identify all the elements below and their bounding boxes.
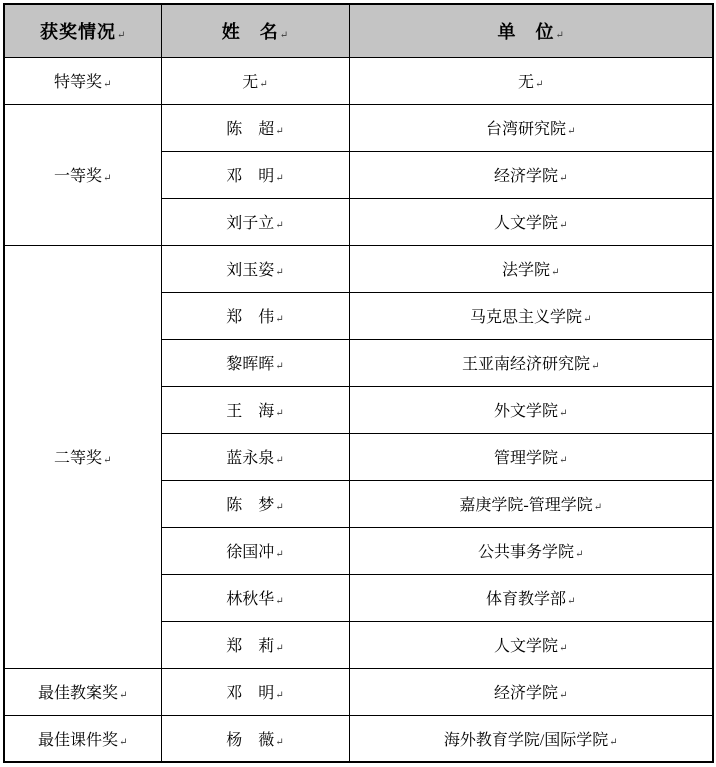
unit-cell: 人文学院↵ [349,621,713,668]
award-group-cell: 最佳教案奖↵ [4,668,161,715]
paragraph-mark-icon: ↵ [280,30,288,41]
award-group-label: 最佳教案奖 [38,685,118,702]
name-cell: 邓 明↵ [161,668,349,715]
paragraph-mark-icon: ↵ [275,596,283,607]
award-group-label: 二等奖 [54,450,102,467]
winner-unit: 经济学院 [494,168,558,185]
paragraph-mark-icon: ↵ [559,220,567,231]
name-cell: 郑 莉↵ [161,621,349,668]
header-cell-name: 姓 名↵ [161,4,349,57]
winner-unit: 经济学院 [494,685,558,702]
header-cell-unit: 单 位↵ [349,4,713,57]
name-cell: 邓 明↵ [161,151,349,198]
winner-unit: 王亚南经济研究院 [462,356,590,373]
name-cell: 杨 薇↵ [161,715,349,762]
winner-name: 邓 明 [226,685,274,702]
header-award-status-label: 获奖情况 [40,22,116,42]
name-cell: 陈 梦↵ [161,480,349,527]
winner-name: 刘玉姿 [226,262,274,279]
paragraph-mark-icon: ↵ [275,126,283,137]
winner-name: 邓 明 [226,168,274,185]
name-cell: 陈 超↵ [161,104,349,151]
paragraph-mark-icon: ↵ [567,126,575,137]
unit-cell: 管理学院↵ [349,433,713,480]
header-cell-award-status: 获奖情况↵ [4,4,161,57]
paragraph-mark-icon: ↵ [275,173,283,184]
unit-cell: 人文学院↵ [349,198,713,245]
unit-cell: 公共事务学院↵ [349,527,713,574]
winner-unit: 海外教育学院/国际学院 [444,732,608,749]
paragraph-mark-icon: ↵ [275,690,283,701]
paragraph-mark-icon: ↵ [559,173,567,184]
winner-name: 杨 薇 [226,732,274,749]
paragraph-mark-icon: ↵ [259,79,267,90]
winner-name: 陈 超 [226,121,274,138]
paragraph-mark-icon: ↵ [275,549,283,560]
unit-cell: 经济学院↵ [349,151,713,198]
winner-unit: 人文学院 [494,638,558,655]
paragraph-mark-icon: ↵ [609,737,617,748]
winner-unit: 无 [518,74,534,91]
header-unit-label: 单 位 [498,22,555,42]
winner-unit: 台湾研究院 [486,121,566,138]
paragraph-mark-icon: ↵ [117,30,125,41]
table-row: 特等奖↵无↵无↵ [4,57,713,104]
unit-cell: 经济学院↵ [349,668,713,715]
award-group-label: 特等奖 [54,74,102,91]
unit-cell: 台湾研究院↵ [349,104,713,151]
paragraph-mark-icon: ↵ [103,455,111,466]
name-cell: 刘玉姿↵ [161,245,349,292]
winner-unit: 体育教学部 [486,591,566,608]
table-header: 获奖情况↵ 姓 名↵ 单 位↵ [4,4,713,57]
table-row: 一等奖↵陈 超↵台湾研究院↵ [4,104,713,151]
winner-unit: 马克思主义学院 [470,309,582,326]
winner-name: 王 海 [226,403,274,420]
table-row: 最佳教案奖↵邓 明↵经济学院↵ [4,668,713,715]
winner-unit: 外文学院 [494,403,558,420]
paragraph-mark-icon: ↵ [275,737,283,748]
name-cell: 黎晖晖↵ [161,339,349,386]
unit-cell: 海外教育学院/国际学院↵ [349,715,713,762]
winner-unit: 嘉庚学院-管理学院 [459,497,592,514]
award-results-table: 获奖情况↵ 姓 名↵ 单 位↵ 特等奖↵无↵无↵一等奖↵陈 超↵台湾研究院↵邓 … [3,3,714,763]
award-group-cell: 最佳课件奖↵ [4,715,161,762]
paragraph-mark-icon: ↵ [551,267,559,278]
award-group-label: 最佳课件奖 [38,732,118,749]
award-group-cell: 二等奖↵ [4,245,161,668]
paragraph-mark-icon: ↵ [119,737,127,748]
table-body: 特等奖↵无↵无↵一等奖↵陈 超↵台湾研究院↵邓 明↵经济学院↵刘子立↵人文学院↵… [4,57,713,762]
header-row: 获奖情况↵ 姓 名↵ 单 位↵ [4,4,713,57]
winner-name: 蓝永泉 [226,450,274,467]
paragraph-mark-icon: ↵ [275,643,283,654]
name-cell: 蓝永泉↵ [161,433,349,480]
winner-name: 郑 莉 [226,638,274,655]
winner-name: 无 [242,74,258,91]
paragraph-mark-icon: ↵ [275,314,283,325]
unit-cell: 王亚南经济研究院↵ [349,339,713,386]
table-row: 二等奖↵刘玉姿↵法学院↵ [4,245,713,292]
paragraph-mark-icon: ↵ [275,220,283,231]
paragraph-mark-icon: ↵ [119,690,127,701]
winner-name: 林秋华 [226,591,274,608]
paragraph-mark-icon: ↵ [275,502,283,513]
winner-unit: 管理学院 [494,450,558,467]
name-cell: 徐国冲↵ [161,527,349,574]
name-cell: 刘子立↵ [161,198,349,245]
paragraph-mark-icon: ↵ [103,79,111,90]
paragraph-mark-icon: ↵ [583,314,591,325]
name-cell: 王 海↵ [161,386,349,433]
paragraph-mark-icon: ↵ [556,30,564,41]
name-cell: 林秋华↵ [161,574,349,621]
name-cell: 郑 伟↵ [161,292,349,339]
winner-unit: 公共事务学院 [478,544,574,561]
unit-cell: 体育教学部↵ [349,574,713,621]
paragraph-mark-icon: ↵ [591,361,599,372]
winner-unit: 法学院 [502,262,550,279]
paragraph-mark-icon: ↵ [559,690,567,701]
unit-cell: 马克思主义学院↵ [349,292,713,339]
paragraph-mark-icon: ↵ [103,173,111,184]
paragraph-mark-icon: ↵ [275,361,283,372]
paragraph-mark-icon: ↵ [575,549,583,560]
unit-cell: 嘉庚学院-管理学院↵ [349,480,713,527]
award-group-cell: 特等奖↵ [4,57,161,104]
winner-name: 郑 伟 [226,309,274,326]
name-cell: 无↵ [161,57,349,104]
paragraph-mark-icon: ↵ [275,455,283,466]
paragraph-mark-icon: ↵ [275,267,283,278]
paragraph-mark-icon: ↵ [275,408,283,419]
table-row: 最佳课件奖↵杨 薇↵海外教育学院/国际学院↵ [4,715,713,762]
winner-name: 陈 梦 [226,497,274,514]
paragraph-mark-icon: ↵ [535,79,543,90]
document-page: 获奖情况↵ 姓 名↵ 单 位↵ 特等奖↵无↵无↵一等奖↵陈 超↵台湾研究院↵邓 … [3,3,714,763]
unit-cell: 外文学院↵ [349,386,713,433]
unit-cell: 无↵ [349,57,713,104]
paragraph-mark-icon: ↵ [559,643,567,654]
paragraph-mark-icon: ↵ [559,455,567,466]
paragraph-mark-icon: ↵ [567,596,575,607]
unit-cell: 法学院↵ [349,245,713,292]
header-name-label: 姓 名 [222,22,279,42]
paragraph-mark-icon: ↵ [594,502,602,513]
award-group-label: 一等奖 [54,168,102,185]
paragraph-mark-icon: ↵ [559,408,567,419]
winner-name: 徐国冲 [226,544,274,561]
award-group-cell: 一等奖↵ [4,104,161,245]
winner-unit: 人文学院 [494,215,558,232]
winner-name: 黎晖晖 [226,356,274,373]
winner-name: 刘子立 [226,215,274,232]
